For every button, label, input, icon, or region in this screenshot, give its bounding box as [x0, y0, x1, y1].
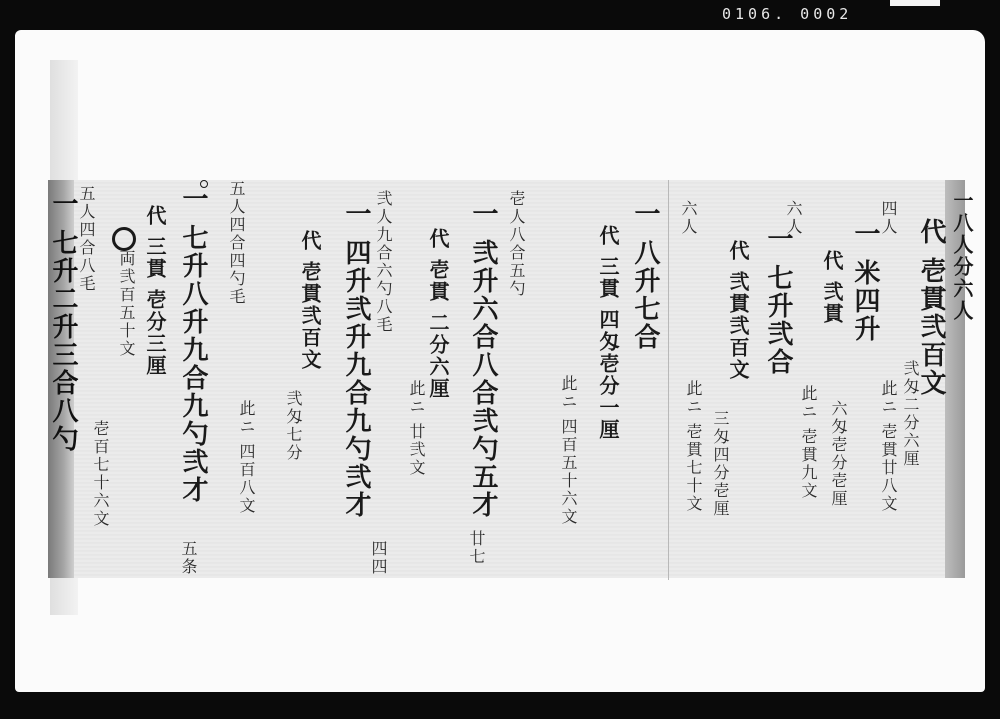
text-column: 弐匁七分	[285, 390, 301, 462]
text-column: 一 八升七合	[632, 200, 658, 351]
text-column: 此ニ 四百八文	[238, 400, 254, 515]
text-column: 代 弐貫	[822, 250, 842, 325]
small-circle-mark-icon	[200, 180, 208, 188]
text-column: 此ニ 廿弐文	[408, 380, 424, 477]
text-column: 一 米四升	[852, 220, 878, 343]
text-column: 三匁四分壱厘	[712, 410, 728, 518]
text-column: 弐匁二分六厘	[902, 360, 918, 468]
text-column: 代 弐貫弐百文	[728, 240, 748, 381]
text-column: 一八人分六人	[952, 190, 972, 322]
text-column: 代 壱貫弐百文	[300, 230, 320, 371]
marginal-note: 廿七	[468, 530, 484, 566]
text-column: 代 壱貫弐百文	[918, 218, 944, 397]
text-column: 一 七升八升九合九勺弐才	[180, 185, 206, 504]
text-column: 五人四合四勺毛	[228, 180, 244, 306]
text-column: 壱百七十六文	[92, 420, 108, 528]
text-column: 此ニ 壱貫廿八文	[880, 380, 896, 513]
text-column: 一 七升二升三合八勺	[50, 190, 76, 453]
text-column: 此ニ 四百五十六文	[560, 375, 576, 526]
text-column: 此ニ 壱貫九文	[800, 385, 816, 500]
text-column: 一 弐升六合八合弐勺五才	[470, 200, 496, 519]
text-column: 代 三貫 壱分三厘	[145, 205, 165, 377]
text-column: 両弐百五十文	[118, 250, 134, 358]
text-column: 五人四合八毛	[78, 185, 94, 293]
text-column: 六匁壱分壱厘	[830, 400, 846, 508]
paper-fold-line	[668, 180, 669, 580]
marginal-note: 五条	[180, 540, 196, 576]
text-column: 一 七升弐合	[765, 225, 791, 376]
text-column: 六人	[680, 200, 696, 236]
text-column: 代 三貫 四匁壱分一厘	[598, 225, 618, 441]
text-column: 此ニ 壱貫七十文	[685, 380, 701, 513]
text-column: 代 壱貫 二分六厘	[428, 228, 448, 400]
text-column: 一 四升弐升九合九勺弐才	[343, 200, 369, 519]
text-column: 四人	[880, 200, 896, 236]
film-edge-marker	[890, 0, 940, 6]
text-column: 弐人九合六勺八毛	[375, 190, 391, 334]
text-column: 壱人八合五勺	[508, 190, 524, 298]
marginal-note: 四四	[370, 540, 386, 576]
frame-number: 0106. 0002	[722, 5, 852, 23]
circle-mark-icon	[112, 227, 136, 251]
